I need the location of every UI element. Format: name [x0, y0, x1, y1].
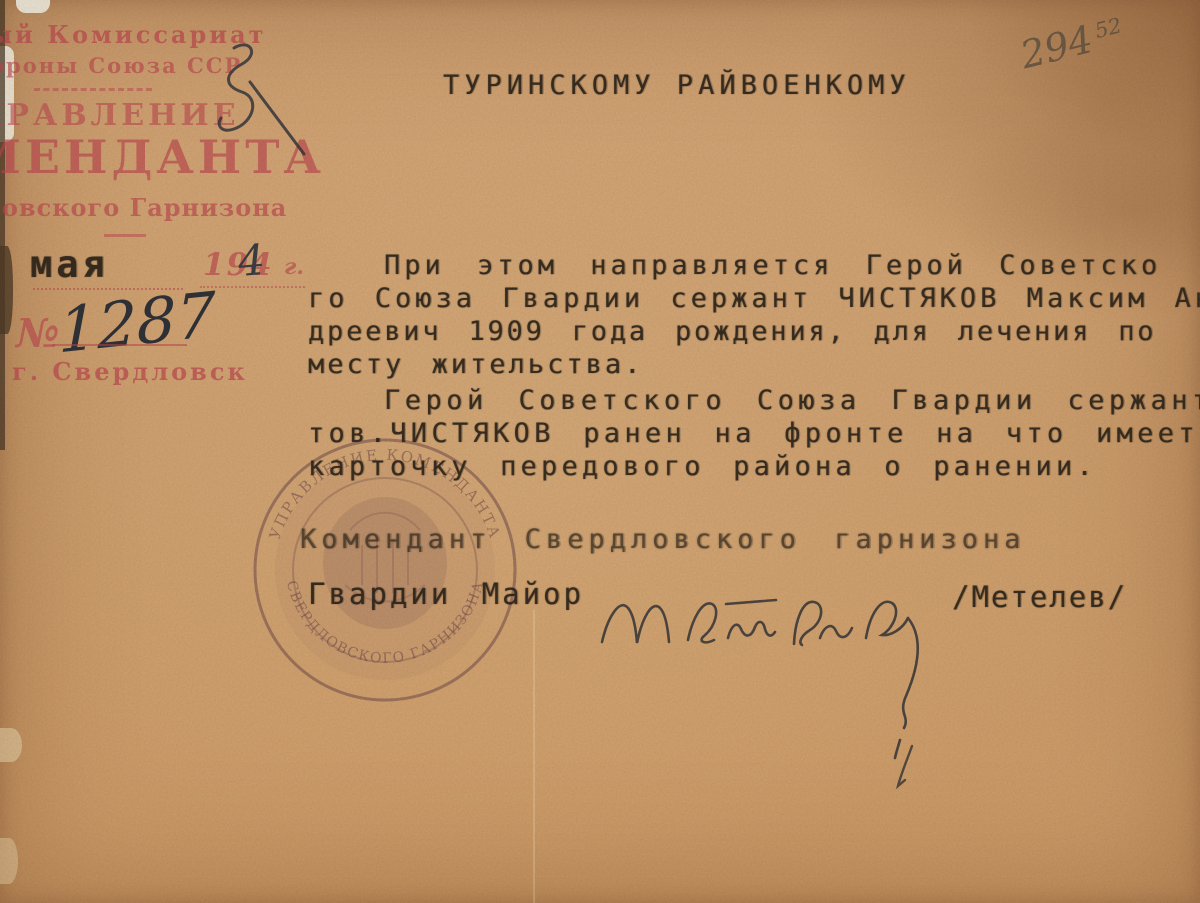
date-year-suffix: г. [284, 254, 304, 280]
document-scan: ый Комиссариат ороны Союза ССР ПРАВЛЕНИЕ… [0, 0, 1200, 903]
torn-chip [0, 838, 18, 884]
stray-pen-stroke [898, 746, 912, 786]
pencil-note-main: 294 [1016, 17, 1097, 77]
paper-crease [533, 610, 535, 903]
handwritten-signature [590, 550, 990, 800]
date-dotted-line [200, 286, 305, 288]
body-line: го Союза Гвардии сержант ЧИСТЯКОВ Максим… [308, 282, 1200, 315]
body-line: месту жительства. [308, 348, 1200, 381]
torn-edge-notch [16, 0, 50, 13]
pencil-note-sup: 52 [1092, 13, 1124, 43]
body-line: Герой Советского Союза Гвардии сержант [308, 384, 1200, 417]
letterhead-garrison-line: ловского Гарнизона [0, 193, 287, 222]
body-text: При этом направляется Герой Советско го … [308, 249, 1200, 483]
body-line: карточку передового района о ранении. [308, 450, 1200, 483]
body-line: тов.ЧИСТЯКОВ ранен на фронте на что имее… [308, 417, 1200, 450]
torn-chip [0, 728, 22, 762]
handwritten-check-mark [190, 36, 320, 166]
numero-sign: № [16, 310, 59, 357]
numero-underline [52, 344, 187, 346]
pencil-corner-note: 29452 [1016, 11, 1123, 78]
addressee-title: ТУРИНСКОМУ РАЙВОЕНКОМУ [443, 70, 911, 101]
body-line: При этом направляется Герой Советско [308, 249, 1200, 282]
signature-rank-line: Гвардии Майор [308, 577, 584, 611]
body-line: дреевич 1909 года рождения, для лечения … [308, 315, 1200, 348]
letterhead-divider [34, 88, 152, 91]
document-number-handwritten: 1287 [58, 278, 215, 368]
letterhead-small-underline [104, 234, 146, 237]
date-year-handwritten: 4 [236, 235, 267, 286]
date-month: мая [30, 243, 109, 286]
edge-stain-blotch [0, 246, 13, 334]
city-line: г. Свердловск [12, 357, 248, 386]
